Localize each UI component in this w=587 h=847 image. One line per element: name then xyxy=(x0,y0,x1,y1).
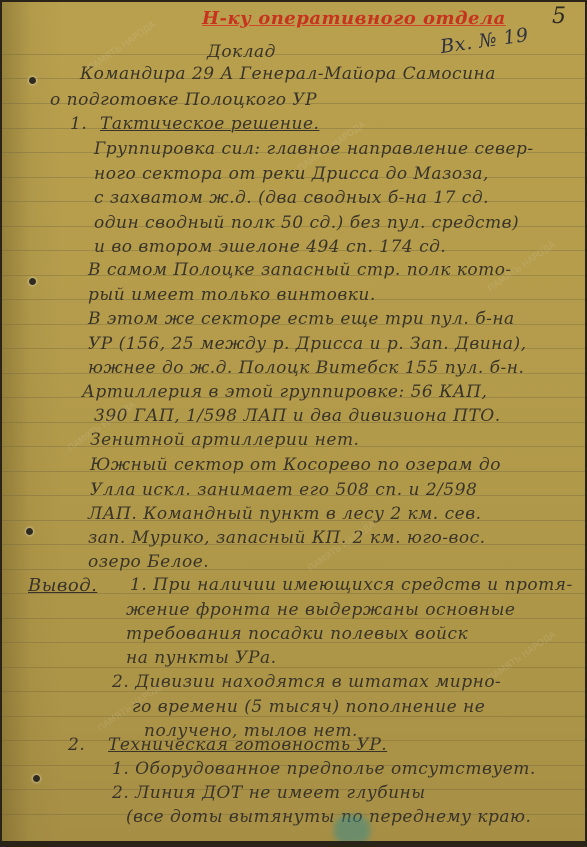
ruled-line xyxy=(2,54,585,55)
body-line: один сводный полк 50 сд.) без пул. средс… xyxy=(94,213,519,233)
body-line: УР (156, 25 между р. Дрисса и р. Зап. Дв… xyxy=(88,334,527,354)
body-line: Артиллерия в этой группировке: 56 КАП, xyxy=(82,382,487,402)
conclusion-item: го времени (5 тысяч) пополнение не xyxy=(132,697,485,717)
watermark: ПАМЯТЬ НАРОДА xyxy=(486,630,557,684)
section-2-item: 1. Оборудованное предполье отсутствует. xyxy=(112,759,536,779)
body-line: ЛАП. Командный пункт в лесу 2 км. сев. xyxy=(88,504,482,524)
conclusion-item: жение фронта не выдержаны основные xyxy=(126,600,516,620)
section-1-heading: Тактическое решение. xyxy=(100,114,319,134)
body-line: В этом же секторе есть еще три пул. б-на xyxy=(88,309,515,329)
conclusion-label: Вывод. xyxy=(28,575,97,596)
conclusion-item: 1. При наличии имеющихся средств и протя… xyxy=(130,575,573,595)
page-bottom-edge xyxy=(2,841,585,845)
body-line: зап. Мурико, запасный КП. 2 км. юго-вос. xyxy=(88,528,486,548)
document-subtitle-topic: о подготовке Полоцкого УР xyxy=(50,90,317,110)
conclusion-item: требования посадки полевых войск xyxy=(126,624,468,644)
document-title: Доклад xyxy=(207,42,276,62)
body-line: южнее до ж.д. Полоцк Витебск 155 пул. б-… xyxy=(88,358,524,378)
body-line: рый имеет только винтовки. xyxy=(88,285,376,305)
section-2-item: (все доты вытянуты по переднему краю. xyxy=(126,807,531,827)
body-line: и во втором эшелоне 494 сп. 174 сд. xyxy=(94,237,446,257)
body-line: ного сектора от реки Дрисса до Мазоза, xyxy=(94,164,489,184)
section-2-heading: Техническая готовность УР. xyxy=(108,735,387,755)
section-2-item: 2. Линия ДОТ не имеет глубины xyxy=(112,783,426,803)
body-line: Зенитной артиллерии нет. xyxy=(90,430,359,450)
body-line: озеро Белое. xyxy=(88,552,209,572)
conclusion-item: на пункты УРа. xyxy=(126,648,277,668)
body-line: В самом Полоцке запасный стр. полк кото- xyxy=(88,260,512,280)
punch-hole xyxy=(29,278,36,285)
body-line: с захватом ж.д. (два сводных б-на 17 сд. xyxy=(94,188,489,208)
document-page: Н-ку оперативного отдела 5 Вх. № 19 Докл… xyxy=(2,2,585,845)
conclusion-item: 2. Дивизии находятся в штатах мирно- xyxy=(112,672,501,692)
body-line: Южный сектор от Косорево по озерам до xyxy=(90,455,501,475)
red-header-addressee: Н-ку оперативного отдела xyxy=(202,8,506,29)
punch-hole xyxy=(29,77,36,84)
body-line: 390 ГАП, 1/598 ЛАП и два дивизиона ПТО. xyxy=(94,406,501,426)
document-subtitle-author: Командира 29 А Генерал-Майора Самосина xyxy=(80,64,496,84)
punch-hole xyxy=(33,775,40,782)
body-line: Улла искл. занимает его 508 сп. и 2/598 xyxy=(90,480,477,500)
page-number: 5 xyxy=(552,4,567,29)
punch-hole xyxy=(26,528,33,535)
section-2-number: 2. xyxy=(68,735,85,755)
incoming-number-stamp: Вх. № 19 xyxy=(439,24,530,58)
section-1-number: 1. xyxy=(70,114,87,134)
